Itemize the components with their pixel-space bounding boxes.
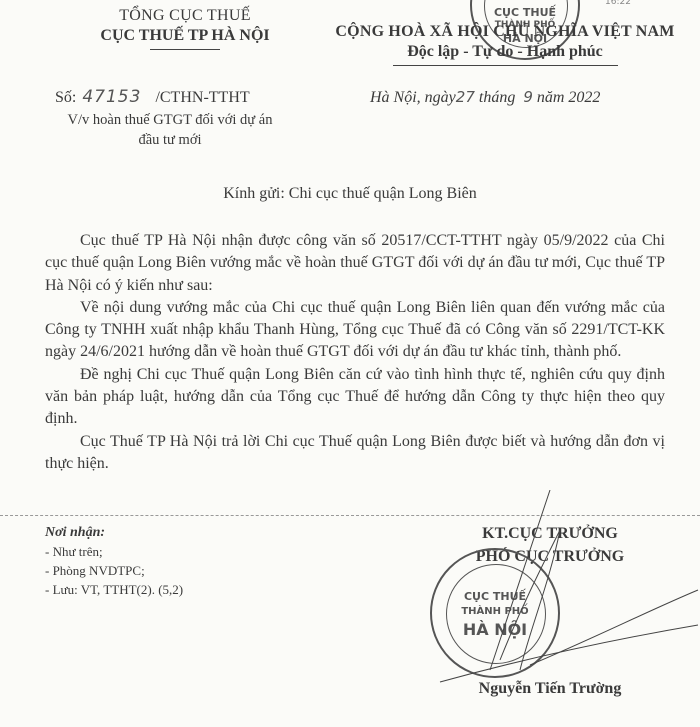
doc-number-label: Số:: [55, 89, 76, 106]
subject-line-1: V/v hoàn thuế GTGT đối với dự án: [40, 110, 300, 130]
document-subject: V/v hoàn thuế GTGT đối với dự án đầu tư …: [40, 110, 300, 150]
subject-line-2: đầu tư mới: [40, 130, 300, 150]
issuing-agency: TỔNG CỤC THUẾ CỤC THUẾ TP HÀ NỘI: [60, 6, 310, 50]
handwritten-signature: [430, 490, 700, 690]
body-paragraph: Cục Thuế TP Hà Nội trả lời Chi cục Thuế …: [45, 431, 665, 476]
issue-date: Hà Nội, ngày27 tháng 9 năm 2022: [370, 88, 600, 107]
agency-name: CỤC THUẾ TP HÀ NỘI: [60, 26, 310, 46]
body-paragraph: Cục thuế TP Hà Nội nhận được công văn số…: [45, 230, 665, 297]
recipients-title: Nơi nhận:: [45, 523, 183, 542]
recipient-item: - Phòng NVDTPC;: [45, 561, 183, 580]
recipient-item: - Như trên;: [45, 542, 183, 561]
body-paragraph: Về nội dung vướng mắc của Chi cục thuế q…: [45, 297, 665, 364]
recipient-item: - Lưu: VT, TTHT(2). (5,2): [45, 580, 183, 599]
body-paragraph: Đề nghị Chi cục Thuế quận Long Biên căn …: [45, 364, 665, 431]
signer-name: Nguyễn Tiến Trường: [440, 680, 660, 698]
date-prefix: Hà Nội, ngày: [370, 89, 456, 106]
date-month: 9: [523, 88, 533, 106]
header-right-rule: [393, 65, 618, 66]
agency-parent: TỔNG CỤC THUẾ: [60, 6, 310, 26]
corner-note: 16:22: [605, 0, 631, 7]
header-left-rule: [150, 49, 220, 50]
date-year: năm 2022: [537, 89, 601, 106]
recipients-list: Nơi nhận: - Như trên; - Phòng NVDTPC; - …: [45, 523, 183, 599]
national-heading: CỘNG HOÀ XÃ HỘI CHỦ NGHĨA VIỆT NAM Độc l…: [310, 22, 700, 66]
doc-number-handwritten: 47153: [82, 87, 141, 107]
doc-number-suffix: /CTHN-TTHT: [155, 89, 249, 106]
national-motto: Độc lập - Tự do - Hạnh phúc: [310, 42, 700, 62]
letter-body: Cục thuế TP Hà Nội nhận được công văn số…: [45, 230, 665, 475]
nation-name: CỘNG HOÀ XÃ HỘI CHỦ NGHĨA VIỆT NAM: [310, 22, 700, 42]
stamp-line1: CỤC THUẾ: [472, 6, 578, 19]
date-day: 27: [456, 88, 475, 106]
date-month-label: tháng: [479, 89, 515, 106]
document-number: Số:47153/CTHN-TTHT: [55, 87, 250, 107]
addressee: Kính gửi: Chi cục thuế quận Long Biên: [0, 185, 700, 203]
